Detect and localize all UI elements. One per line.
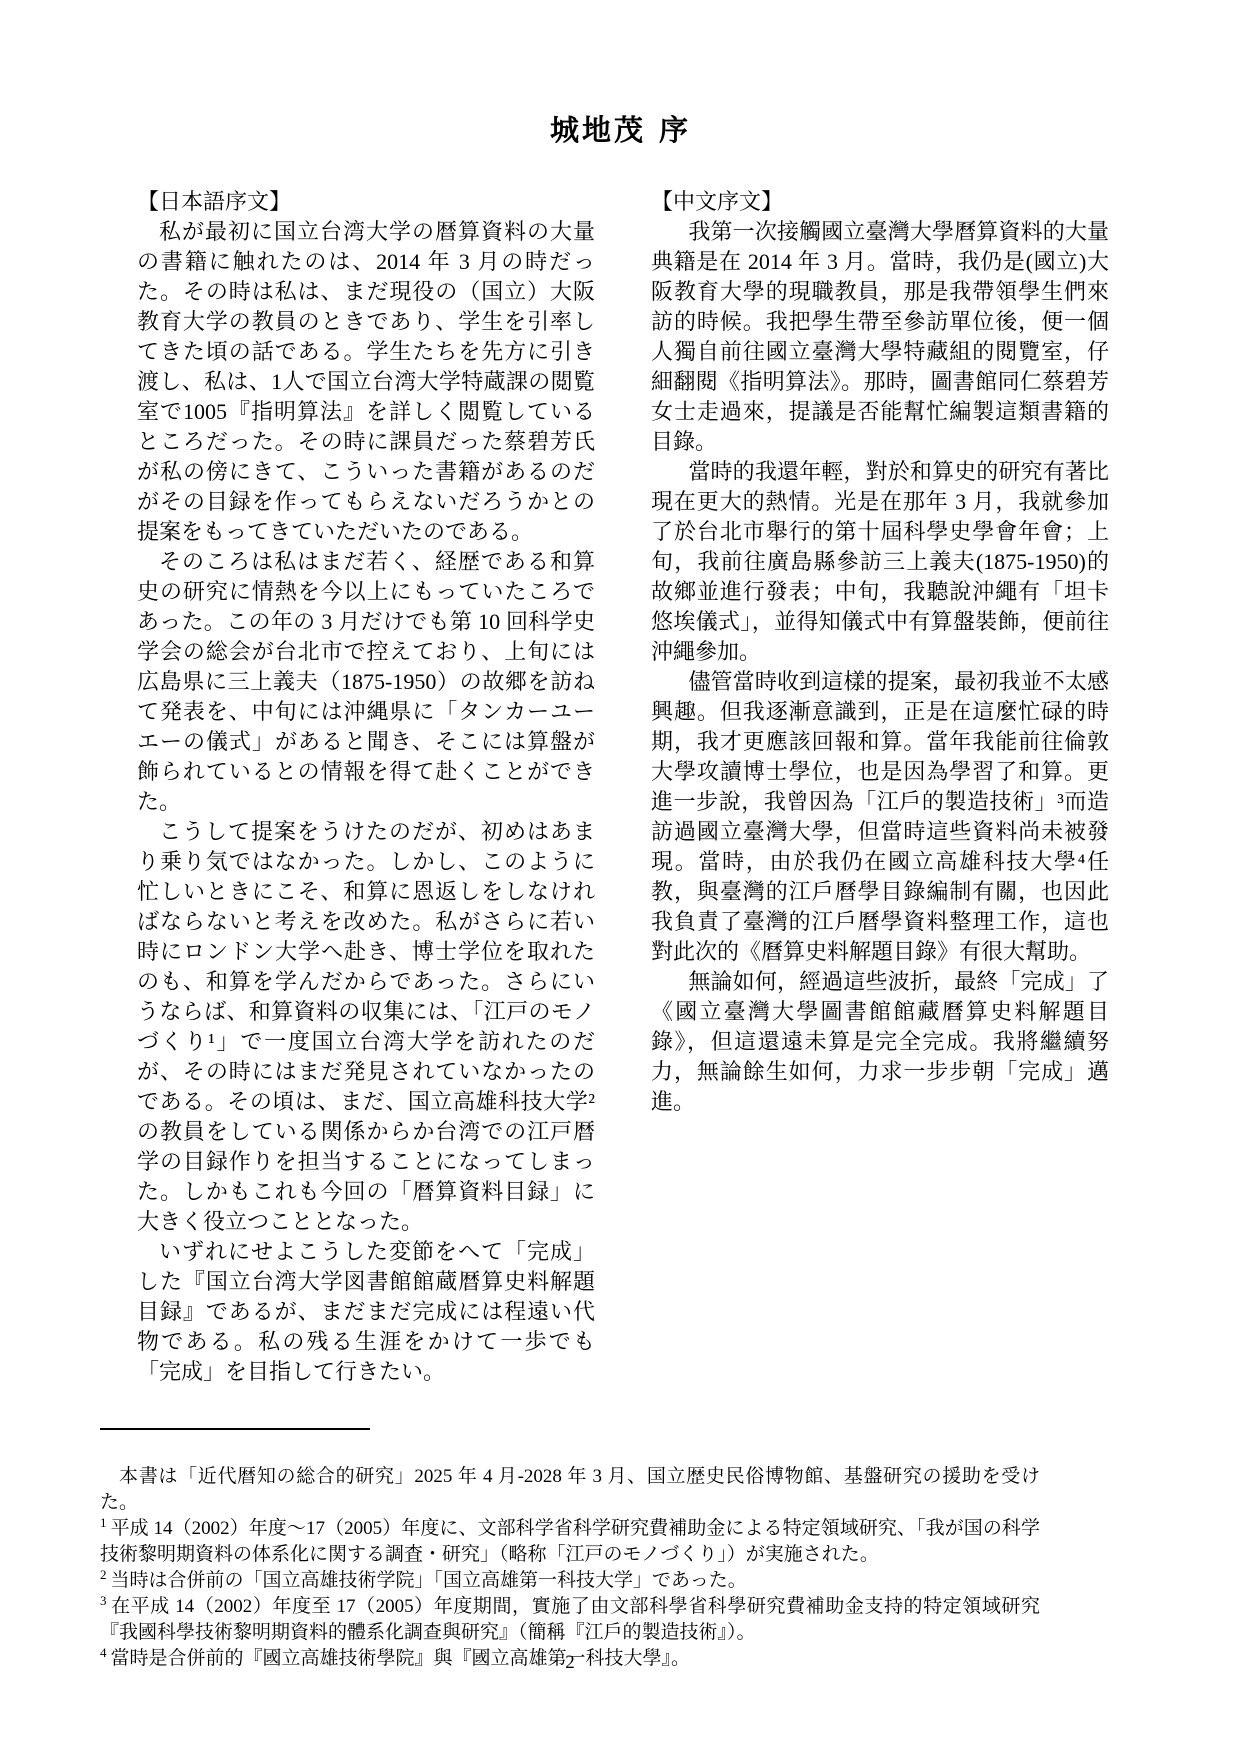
footnote-marker-3: 3 [100,1593,107,1608]
japanese-paragraph-2: そのころは私はまだ若く、経歴である和算史の研究に情熱を今以上にもっていたころであ… [137,547,595,817]
japanese-paragraph-3: こうして提案をうけたのだが、初めはあまり乗り気ではなかった。しかし、このように忙… [137,817,595,1237]
chinese-paragraph-4: 無論如何，經過這些波折，最終「完成」了《國立臺灣大學圖書館館藏曆算史料解題目錄》… [651,967,1109,1117]
page-title: 城地茂 序 [0,0,1241,149]
footnote-item-3: 3在平成 14（2002）年度至 17（2005）年度期間，實施了由文部科學省科… [100,1594,1040,1646]
footnote-section: 本書は「近代暦知の総合的研究」2025 年 4 月-2028 年 3 月、国立歴… [100,1428,1040,1672]
document-page: 城地茂 序 【日本語序文】 私が最初に国立台湾大学の暦算資料の大量の書籍に触れた… [0,0,1241,1755]
japanese-section-header: 【日本語序文】 [137,187,595,217]
footnote-text-3: 在平成 14（2002）年度至 17（2005）年度期間，實施了由文部科學省科學… [100,1596,1040,1643]
footnote-item-1: 1平成 14（2002）年度～17（2005）年度に、文部科学省科学研究費補助金… [100,1516,1040,1568]
japanese-preface-column: 【日本語序文】 私が最初に国立台湾大学の暦算資料の大量の書籍に触れたのは、201… [137,187,595,1387]
footnote-item-2: 2当時は合併前の「国立高雄技術学院」「国立高雄第一科技大学」であった。 [100,1568,1040,1594]
chinese-section-header: 【中文序文】 [651,187,1109,217]
chinese-preface-column: 【中文序文】 我第一次接觸國立臺灣大學曆算資料的大量典籍是在 2014 年 3 … [651,187,1109,1387]
page-number: 2 [100,1652,1040,1674]
chinese-paragraph-3: 儘管當時收到這樣的提案，最初我並不太感興趣。但我逐漸意識到，正是在這麼忙碌的時期… [651,667,1109,967]
footnote-separator-rule [100,1428,370,1430]
japanese-paragraph-1: 私が最初に国立台湾大学の暦算資料の大量の書籍に触れたのは、2014 年 3 月の… [137,217,595,547]
footnote-text-2: 当時は合併前の「国立高雄技術学院」「国立高雄第一科技大学」であった。 [111,1570,747,1591]
two-column-body: 【日本語序文】 私が最初に国立台湾大学の暦算資料の大量の書籍に触れたのは、201… [137,187,1109,1387]
chinese-paragraph-2: 當時的我還年輕，對於和算史的研究有著比現在更大的熱情。光是在那年 3 月，我就參… [651,457,1109,667]
footnote-text-1: 平成 14（2002）年度～17（2005）年度に、文部科学省科学研究費補助金に… [100,1518,1040,1565]
japanese-paragraph-4: いずれにせよこうした変節をへて「完成」した『国立台湾大学図書館館蔵暦算史料解題目… [137,1237,595,1387]
footnote-marker-1: 1 [100,1515,107,1530]
funding-acknowledgment: 本書は「近代暦知の総合的研究」2025 年 4 月-2028 年 3 月、国立歴… [100,1464,1040,1516]
chinese-paragraph-1: 我第一次接觸國立臺灣大學曆算資料的大量典籍是在 2014 年 3 月。當時，我仍… [651,217,1109,457]
footnote-marker-2: 2 [100,1567,107,1582]
